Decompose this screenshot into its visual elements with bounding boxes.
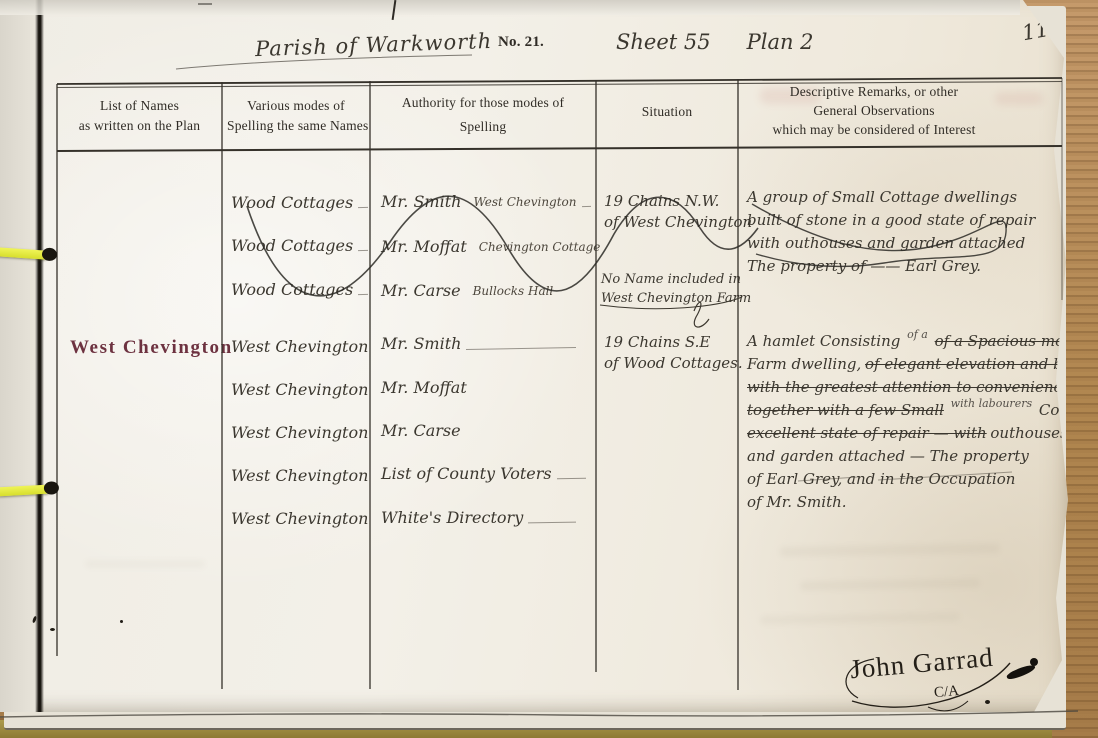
- show-through-writing: [760, 612, 960, 624]
- spelling-text: Wood Cottages: [231, 280, 353, 299]
- column-header-names-1: List of Names: [62, 98, 217, 114]
- authority-name: White's Directory: [381, 508, 523, 527]
- tear-mark: [198, 3, 212, 5]
- spelling-text: West Chevington: [231, 509, 368, 528]
- remarks-line: The property of —— Earl Grey.: [747, 257, 1065, 276]
- authority-note: West Chevington: [473, 195, 576, 211]
- authority-name: Mr. Moffat: [381, 237, 467, 256]
- ink-speck: [120, 620, 123, 623]
- spelling-entry: Wood Cottages: [231, 193, 368, 212]
- authority-note: Chevington Cottage: [479, 240, 601, 256]
- authority-entry: Mr. Moffat: [381, 378, 576, 397]
- column-header-spelling-2: Spelling the same Names: [227, 118, 365, 134]
- column-header-remarks-3: which may be considered of Interest: [742, 122, 1006, 138]
- authority-name: List of County Voters: [381, 464, 552, 483]
- spelling-entry: West Chevington: [231, 466, 368, 485]
- remarks-line: Farm dwelling, of elegant elevation and …: [747, 355, 1065, 374]
- remarks-line: and garden attached — The property: [747, 447, 1065, 466]
- situation-line: 19 Chains S.E: [604, 332, 743, 353]
- remarks-line: with outhouses and garden attached: [747, 234, 1065, 253]
- column-header-authority-1: Authority for those modes of: [375, 95, 591, 111]
- ruled-trail: [557, 478, 586, 480]
- remarks-line: of Mr. Smith.: [747, 493, 1065, 512]
- spelling-entry: West Chevington: [231, 337, 368, 356]
- authority-entry: White's Directory: [381, 508, 576, 527]
- situation-line: of West Chevington: [604, 212, 752, 233]
- authority-entry: Mr. Moffat Chevington Cottage: [381, 237, 591, 256]
- column-header-names-2: as written on the Plan: [62, 118, 217, 134]
- ink-blot: [1030, 658, 1038, 666]
- spelling-entry: Wood Cottages: [231, 236, 368, 255]
- authority-name: Mr. Smith: [381, 192, 461, 211]
- sheet-plan-labels: Sheet 55 Plan 2: [616, 30, 814, 54]
- show-through-writing: [800, 578, 980, 590]
- authority-name: Mr. Carse: [381, 421, 461, 440]
- situation-note-line: No Name included in: [601, 270, 751, 289]
- ink-speck: [985, 700, 990, 704]
- remarks-line: together with a few Small with labourers…: [747, 401, 1065, 420]
- ruled-trail: [528, 522, 576, 524]
- parish-title: Parish of Warkworth: [255, 29, 493, 61]
- authority-entry: Mr. Smith West Chevington: [381, 192, 591, 211]
- spelling-text: Wood Cottages: [231, 236, 353, 255]
- authority-note: Bullocks Hall: [473, 284, 554, 300]
- column-header-situation: Situation: [601, 104, 733, 120]
- remarks-line: with the greatest attention to convenien…: [747, 378, 1065, 397]
- show-through-writing: [85, 560, 205, 568]
- remarks-line: built of stone in a good state of repair: [747, 211, 1065, 230]
- remarks-line: A group of Small Cottage dwellings: [747, 188, 1065, 207]
- situation-line: of Wood Cottages.: [604, 353, 743, 374]
- ink-speck: [50, 628, 55, 631]
- spelling-text: West Chevington: [231, 423, 368, 442]
- left-page-edge: [0, 0, 36, 712]
- authority-entry: Mr. Smith: [381, 334, 576, 353]
- scanned-name-book-page: Parish of Warkworth No. 21. Sheet 55 Pla…: [0, 0, 1098, 738]
- spelling-entry: West Chevington: [231, 423, 368, 442]
- surveyor-initials: C/A: [933, 683, 959, 702]
- page-no-label: No. 21.: [498, 34, 544, 51]
- ruled-trail: [358, 250, 368, 251]
- column-header-authority-2: Spelling: [375, 119, 591, 135]
- spelling-text: West Chevington: [231, 380, 368, 399]
- situation-note-line: West Chevington Farm: [601, 289, 751, 308]
- show-through-writing: [780, 543, 1000, 557]
- ruled-trail: [358, 294, 368, 295]
- authority-entry: Mr. Carse: [381, 421, 576, 440]
- spelling-entry: West Chevington: [231, 509, 368, 528]
- situation-entry: 19 Chains S.E of Wood Cottages.: [604, 332, 743, 374]
- situation-line: 19 Chains N.W.: [604, 191, 752, 212]
- ruled-trail: [466, 347, 576, 350]
- remarks-line: excellent state of repair — with outhous…: [747, 424, 1065, 443]
- authority-entry: List of County Voters: [381, 464, 586, 483]
- ruled-trail: [582, 206, 592, 207]
- authority-name: Mr. Smith: [381, 334, 461, 353]
- authority-name: Mr. Moffat: [381, 378, 467, 397]
- remarks-line: of Earl Grey, and in the Occupation: [747, 470, 1065, 489]
- plan-number-label: Plan 2: [747, 30, 814, 54]
- situation-entry: 19 Chains N.W. of West Chevington: [604, 191, 752, 233]
- spelling-text: West Chevington: [231, 466, 368, 485]
- column-header-spelling-1: Various modes of: [227, 98, 365, 114]
- column-header-remarks-2: General Observations: [742, 103, 1006, 119]
- column-header-remarks-1: Descriptive Remarks, or other: [742, 84, 1006, 100]
- remarks-line: A hamlet Consisting of a of a Spacious m…: [747, 332, 1065, 351]
- sheet-number-label: Sheet 55: [616, 30, 711, 54]
- spelling-text: West Chevington: [231, 337, 368, 356]
- ruled-trail: [358, 207, 368, 208]
- document-paper: Parish of Warkworth No. 21. Sheet 55 Pla…: [0, 0, 1076, 712]
- spelling-entry: Wood Cottages: [231, 280, 368, 299]
- spelling-text: Wood Cottages: [231, 193, 353, 212]
- authority-name: Mr. Carse: [381, 281, 461, 300]
- situation-note: No Name included in West Chevington Farm: [601, 270, 751, 308]
- binding-gutter-shadow: [35, 0, 44, 712]
- spelling-entry: West Chevington: [231, 380, 368, 399]
- top-page-edge: [0, 0, 1020, 15]
- authority-entry: Mr. Carse Bullocks Hall: [381, 281, 591, 300]
- surveyor-signature: John Garrad: [849, 642, 995, 685]
- plan-name: West Chevington: [70, 337, 233, 359]
